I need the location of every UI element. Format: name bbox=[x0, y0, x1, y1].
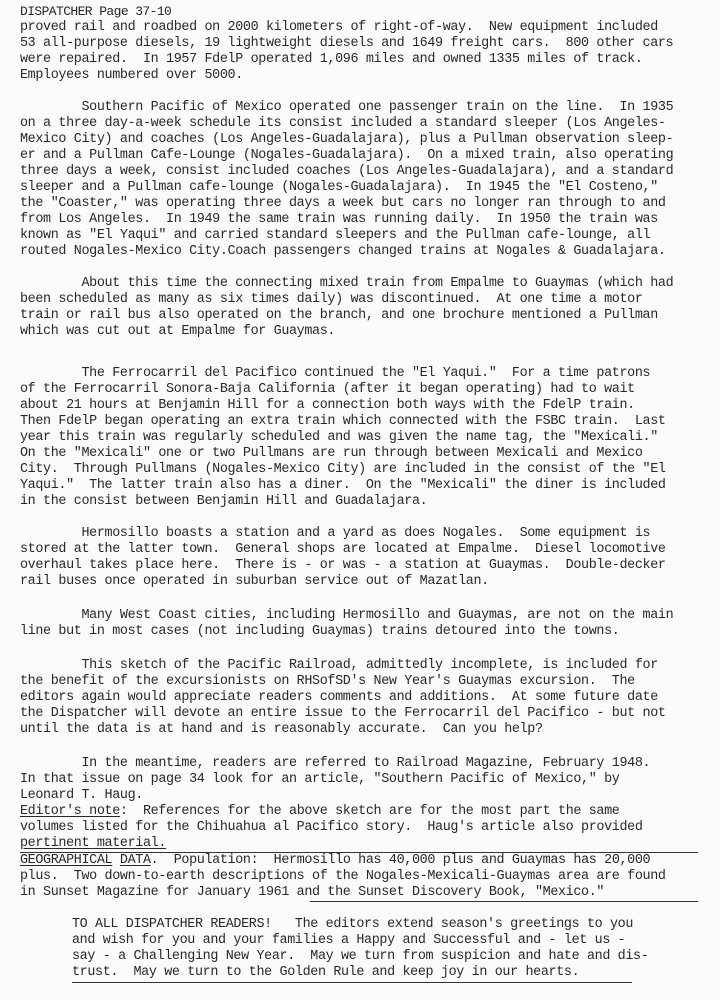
text-line: In that issue on page 34 look for an art… bbox=[20, 772, 620, 788]
text-line: on a three day-a-week schedule its consi… bbox=[20, 116, 666, 132]
text-line: been scheduled as many as six times dail… bbox=[20, 292, 643, 308]
text-line: known as "El Yaqui" and carried standard… bbox=[20, 228, 650, 244]
geo-label-data: DATA bbox=[120, 853, 151, 868]
text-line: TO ALL DISPATCHER READERS! The editors e… bbox=[72, 917, 633, 933]
text-line: in Sunset Magazine for January 1961 and … bbox=[20, 885, 604, 901]
text-line: Many West Coast cities, including Hermos… bbox=[20, 608, 673, 624]
text-line: sleeper and a Pullman cafe-lounge (Nogal… bbox=[20, 180, 658, 196]
text-line: Employees numbered over 5000. bbox=[20, 68, 243, 84]
text-line: trust. May we turn to the Golden Rule an… bbox=[72, 965, 579, 981]
text-line: 53 all-purpose diesels, 19 lightweight d… bbox=[20, 36, 673, 52]
text-line: Yaqui." The latter train also has a dine… bbox=[20, 478, 666, 494]
text-line: pertinent material. bbox=[20, 836, 166, 852]
text-line: er and a Pullman Cafe-Lounge (Nogales-Gu… bbox=[20, 148, 673, 164]
text-line: On the "Mexicali" one or two Pullmans ar… bbox=[20, 446, 643, 462]
text-line: plus. Two down-to-earth descriptions of … bbox=[20, 869, 666, 885]
text-span: . Population: Hermosillo has 40,000 plus… bbox=[151, 853, 651, 868]
divider bbox=[310, 901, 698, 902]
text-line: in the consist between Benjamin Hill and… bbox=[20, 494, 427, 510]
text-line: the Dispatcher will devote an entire iss… bbox=[20, 706, 666, 722]
text-line: the benefit of the excursionists on RHSo… bbox=[20, 674, 635, 690]
text-line: This sketch of the Pacific Railroad, adm… bbox=[20, 658, 658, 674]
text-line: until the data is at hand and is reasona… bbox=[20, 722, 543, 738]
text-line: were repaired. In 1957 FdelP operated 1,… bbox=[20, 52, 643, 68]
text-line: volumes listed for the Chihuahua al Paci… bbox=[20, 820, 643, 836]
text-line: three days a week, consist included coac… bbox=[20, 164, 673, 180]
text-line: Leonard T. Haug. bbox=[20, 788, 143, 804]
text-line: GEOGRAPHICAL DATA. Population: Hermosill… bbox=[20, 853, 650, 869]
text-line: train or rail bus also operated on the b… bbox=[20, 308, 658, 324]
text-line: from Los Angeles. In 1949 the same train… bbox=[20, 212, 658, 228]
text-line: Mexico City) and coaches (Los Angeles-Gu… bbox=[20, 132, 673, 148]
text-line: stored at the latter town. General shops… bbox=[20, 542, 666, 558]
text-line: editors again would appreciate readers c… bbox=[20, 690, 658, 706]
text-line: of the Ferrocarril Sonora-Baja Californi… bbox=[20, 382, 635, 398]
text-line: and wish for you and your families a Hap… bbox=[72, 933, 625, 949]
text-line: City. Through Pullmans (Nogales-Mexico C… bbox=[20, 462, 666, 478]
text-line: which was cut out at Empalme for Guaymas… bbox=[20, 324, 335, 340]
text-line: The Ferrocarril del Pacifico continued t… bbox=[20, 366, 650, 382]
page-header: DISPATCHER Page 37-10 bbox=[20, 4, 171, 20]
text-line: year this train was regularly scheduled … bbox=[20, 430, 658, 446]
text-line: Then FdelP began operating an extra trai… bbox=[20, 414, 666, 430]
geo-label: GEOGRAPHICAL bbox=[20, 853, 112, 868]
text-line: About this time the connecting mixed tra… bbox=[20, 276, 673, 292]
text-line: Hermosillo boasts a station and a yard a… bbox=[20, 526, 650, 542]
text-span: : References for the above sketch are fo… bbox=[120, 804, 620, 819]
text-line: about 21 hours at Benjamin Hill for a co… bbox=[20, 398, 635, 414]
text-line: overhaul takes place here. There is - or… bbox=[20, 558, 666, 574]
text-line: In the meantime, readers are referred to… bbox=[20, 756, 650, 772]
text-line: Editor's note: References for the above … bbox=[20, 804, 620, 820]
text-line: line but in most cases (not including Gu… bbox=[20, 624, 620, 640]
text-line: Southern Pacific of Mexico operated one … bbox=[20, 100, 673, 116]
editors-note-label: Editor's note bbox=[20, 804, 120, 819]
text-line: the "Coaster," was operating three days … bbox=[20, 196, 666, 212]
text-line: say - a Challenging New Year. May we tur… bbox=[72, 949, 648, 965]
text-line: routed Nogales-Mexico City.Coach passeng… bbox=[20, 244, 666, 260]
text-line: proved rail and roadbed on 2000 kilomete… bbox=[20, 20, 658, 36]
divider bbox=[72, 982, 632, 983]
text-line: rail buses once operated in suburban ser… bbox=[20, 574, 489, 590]
